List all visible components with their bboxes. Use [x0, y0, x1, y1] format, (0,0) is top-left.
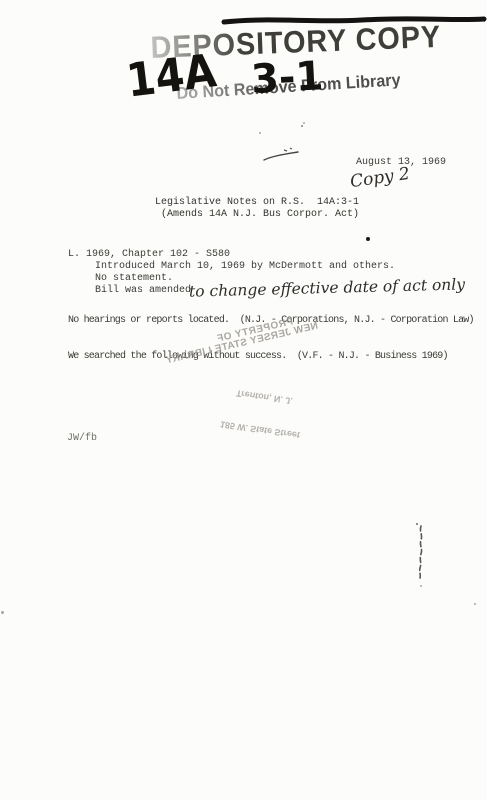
- property-stamp-transfer-line3: 185 W. State Street: [219, 418, 300, 440]
- title-line-2: (Amends 14A N.J. Bus Corpor. Act): [161, 209, 359, 221]
- property-stamp-transfer-address: 185 W. State Street Trenton, N. J.: [216, 364, 308, 462]
- handwritten-section-number: 3-1: [250, 56, 324, 100]
- pen-scribble: [260, 142, 308, 166]
- title-line-1: Legislative Notes on R.S. 14A:3-1: [155, 197, 359, 209]
- typist-initials: JW/fb: [67, 433, 97, 445]
- ink-dot: [366, 237, 370, 241]
- scan-speck: [259, 132, 261, 134]
- scanned-document-page: DEPOSITORY COPY Do Not Remove From Libra…: [0, 0, 487, 800]
- amended-handwritten-note: to change effective date of act only: [189, 275, 465, 300]
- introduced-line: Introduced March 10, 1969 by McDermott a…: [95, 261, 395, 273]
- chapter-line: L. 1969, Chapter 102 - S580: [68, 249, 230, 261]
- scan-speck: [474, 603, 476, 605]
- scan-speck: [1, 611, 4, 614]
- scan-speck: [303, 122, 305, 124]
- statement-line: No statement.: [95, 273, 173, 285]
- amended-typed-line: Bill was amended: [95, 285, 191, 297]
- searched-line: We searched the following without succes…: [68, 351, 448, 363]
- scan-speck: [420, 585, 422, 587]
- handwritten-call-number: 14A: [124, 47, 219, 104]
- pen-squiggle: [413, 524, 429, 586]
- property-stamp-transfer-line4: Trenton, N. J.: [224, 386, 305, 408]
